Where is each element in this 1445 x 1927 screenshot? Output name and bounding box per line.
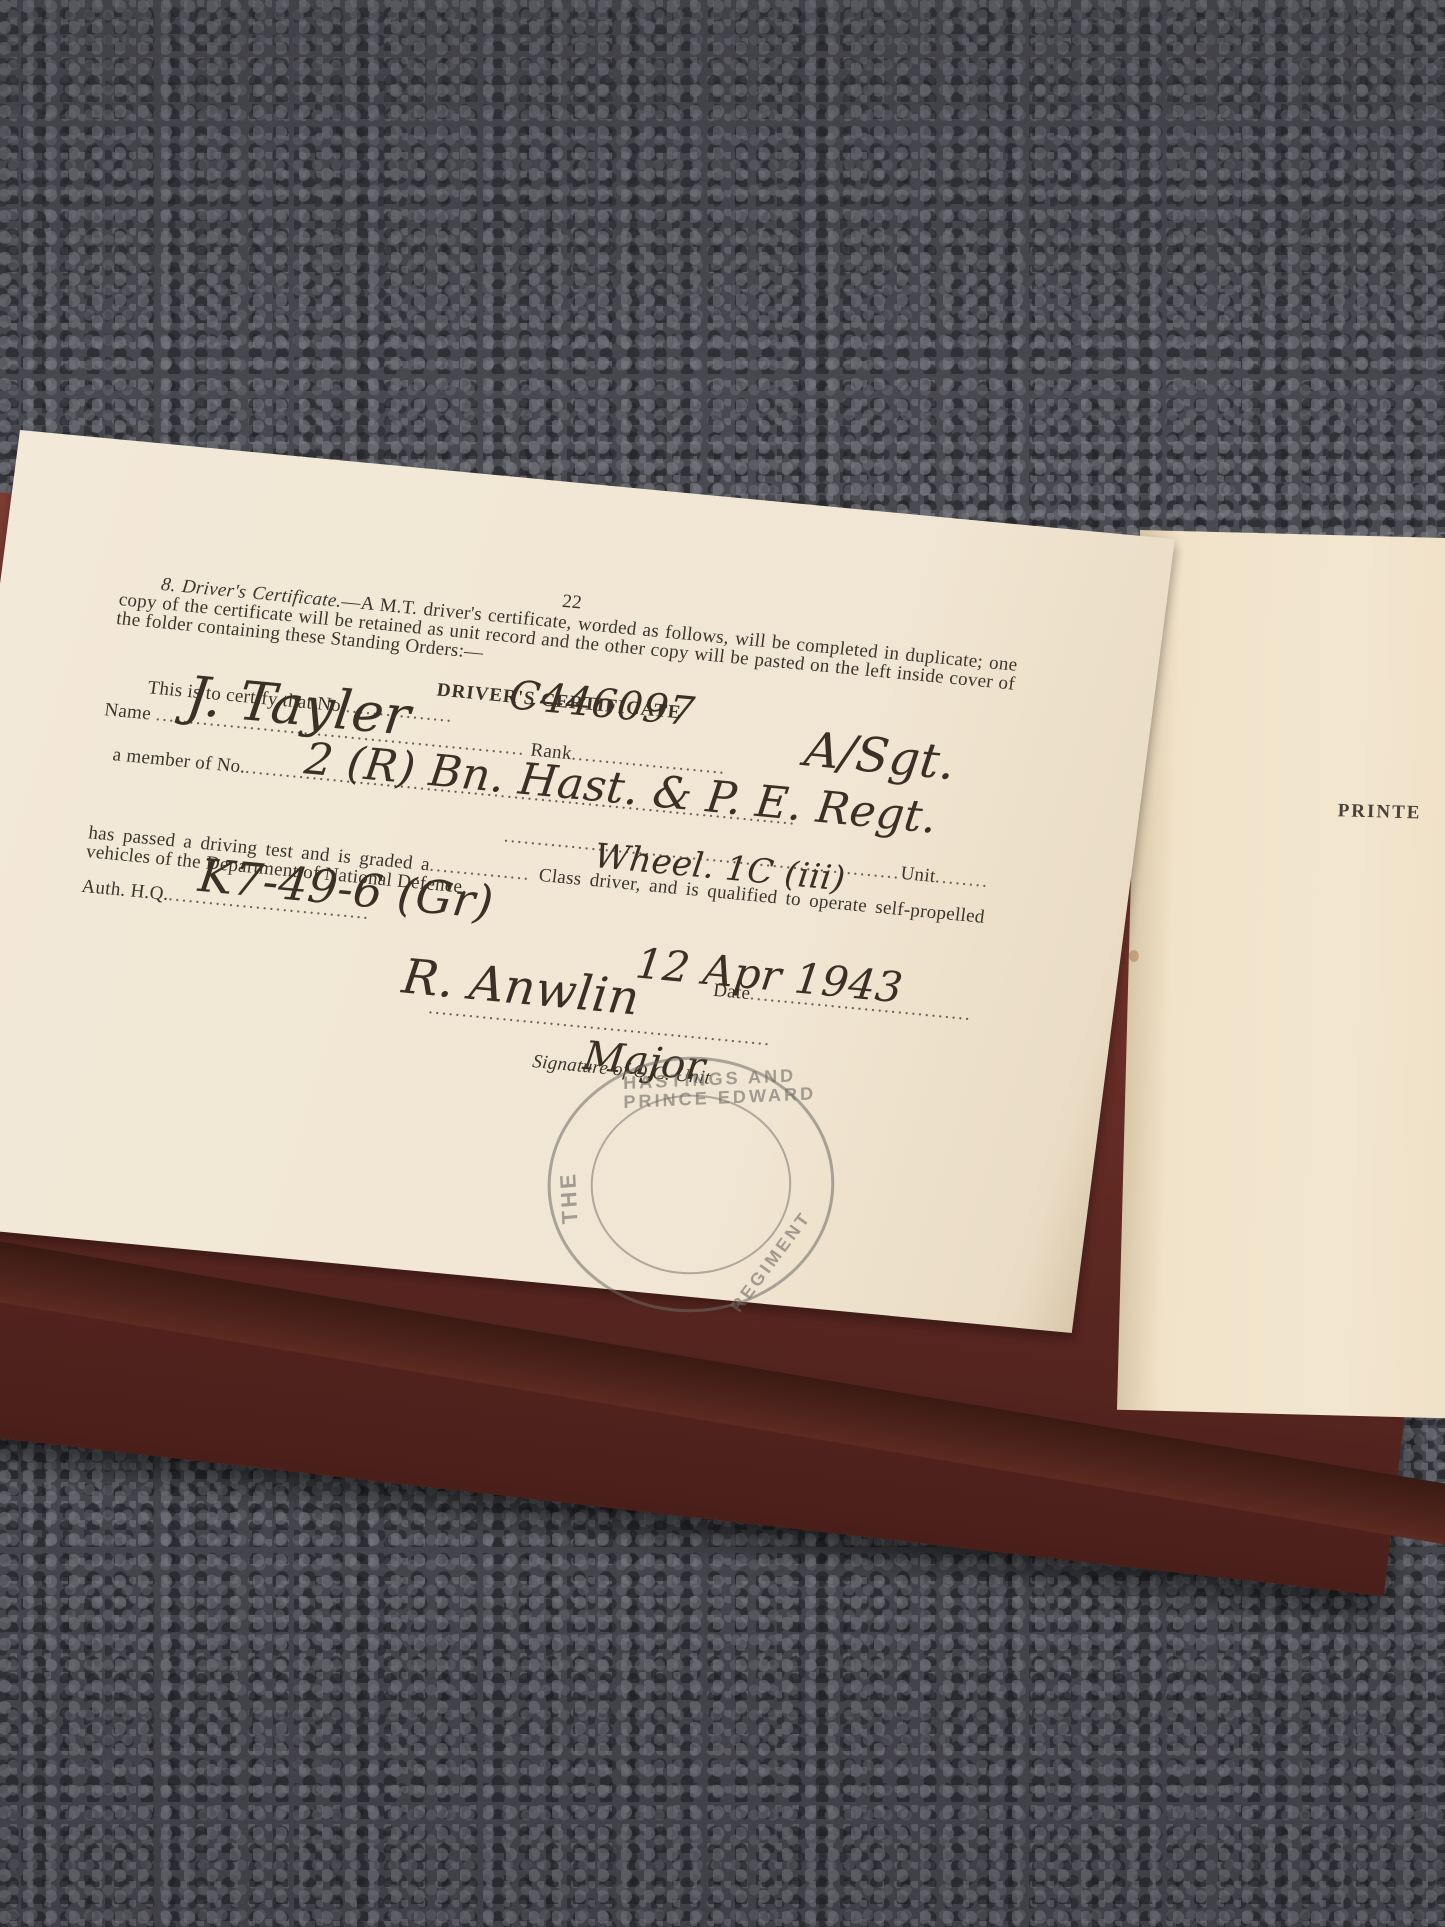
handwritten-auth-hq: K7-49-6 (Gr) [198,866,495,913]
left-page: 22 8. Driver's Certificate.—A M.T. drive… [0,430,1175,1333]
handwritten-signature: R. Anwlin [401,967,640,1008]
right-page: PRINTE [1117,530,1445,1419]
handwritten-rank: A/Sgt. [804,740,957,773]
handwritten-date: 12 Apr 1943 [635,953,904,997]
name-label: Name [103,699,152,724]
page-content: 22 8. Driver's Certificate.—A M.T. drive… [60,550,1021,1136]
auth-label: Auth. H.Q. [80,876,170,905]
right-page-printed-text: PRINTE [1337,800,1421,824]
paper-stain [1129,950,1139,962]
stamp-text-left: THE [558,1170,579,1224]
unit-label: Unit [899,863,937,887]
handwritten-service-number: C446097 [508,686,695,722]
handwritten-name: J. Tayler [186,686,412,726]
dotted-line: ........ [934,866,990,892]
